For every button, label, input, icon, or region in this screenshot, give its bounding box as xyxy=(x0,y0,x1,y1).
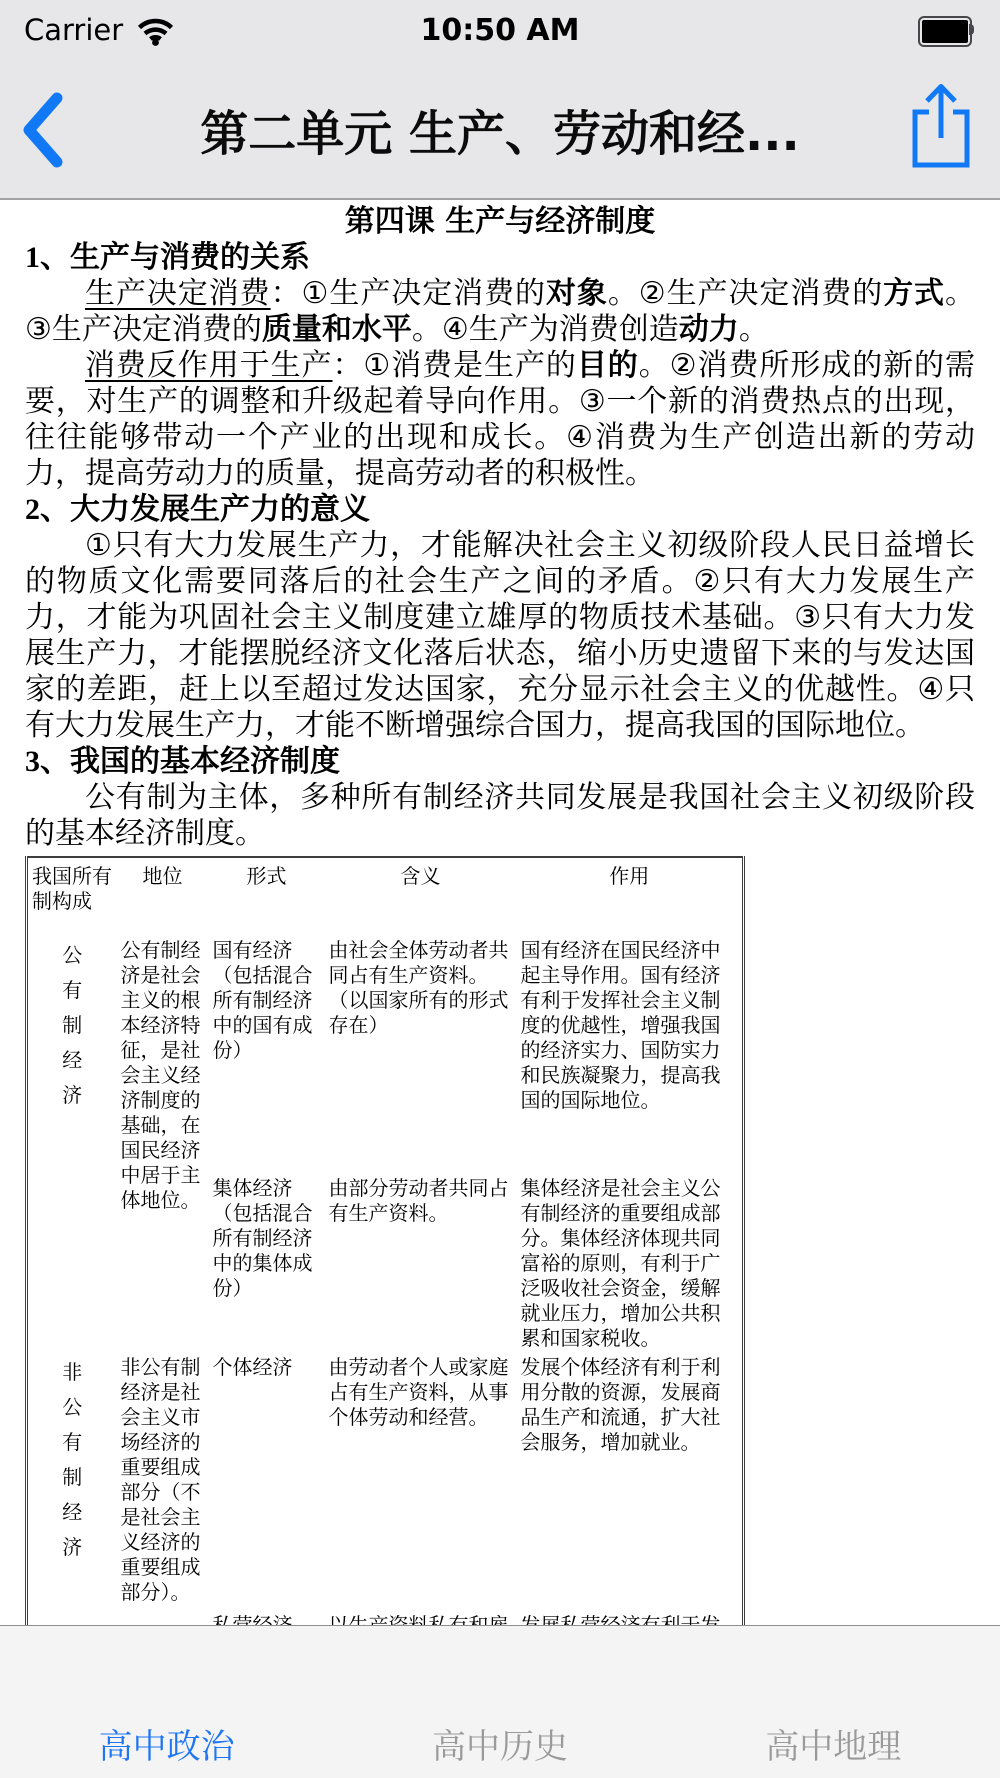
share-button[interactable] xyxy=(908,80,974,172)
back-button[interactable] xyxy=(20,92,64,168)
section-heading-1: 1、生产与消费的关系 xyxy=(25,240,975,276)
clock: 10:50 AM xyxy=(0,13,1000,48)
battery-body xyxy=(918,16,972,47)
section-heading-2: 2、大力发展生产力的意义 xyxy=(25,492,975,528)
section-heading-3: 3、我国的基本经济制度 xyxy=(25,744,975,780)
table-row: 非公有制经济 非公有制经济是社会主义市场经济的重要组成部分（不是社会主义经济的重… xyxy=(27,1353,744,1611)
table-header-row: 我国所有制构成 地位 形式 含义 作用 xyxy=(27,857,744,936)
header-cell-form: 形式 xyxy=(209,857,325,936)
header-cell-status: 地位 xyxy=(117,857,209,936)
cell-form-individual: 个体经济 xyxy=(209,1353,325,1611)
paragraph: 生产决定消费：①生产决定消费的对象。②生产决定消费的方式。③生产决定消费的质量和… xyxy=(25,276,975,348)
status-bar: Carrier 10:50 AM xyxy=(0,0,1000,60)
section-number: 1、 xyxy=(25,241,70,274)
battery-level xyxy=(922,20,968,43)
cell-role-state: 国有经济在国民经济中起主导作用。国有经济有利于发挥社会主义制度的优越性，增强我国… xyxy=(517,936,744,1174)
document-content: 第四课 生产与经济制度 1、生产与消费的关系 生产决定消费：①生产决定消费的对象… xyxy=(0,202,1000,1778)
cell-meaning-individual: 由劳动者个人或家庭占有生产资料，从事个体劳动和经营。 xyxy=(325,1353,517,1611)
section-number: 2、 xyxy=(25,493,70,526)
cell-form-state: 国有经济（包括混合所有制经济中的国有成份） xyxy=(209,936,325,1174)
cell-form-collective: 集体经济（包括混合所有制经济中的集体成份） xyxy=(209,1174,325,1353)
battery-tip xyxy=(969,24,974,35)
header-cell-meaning: 含义 xyxy=(325,857,517,936)
cell-meaning-state: 由社会全体劳动者共同占有生产资料。（以国家所有的形式存在） xyxy=(325,936,517,1174)
header-cell-role: 作用 xyxy=(517,857,744,936)
header-cell-composition: 我国所有制构成 xyxy=(27,857,117,936)
tab-history[interactable]: 高中历史 xyxy=(333,1719,666,1768)
tab-politics[interactable]: 高中政治 xyxy=(0,1719,333,1768)
document-title: 第四课 生产与经济制度 xyxy=(25,204,975,240)
app-screen: Carrier 10:50 AM 第二单元 生产、劳动和经... xyxy=(0,0,1000,1778)
page-title: 第二单元 生产、劳动和经... xyxy=(100,60,900,198)
paragraph: 消费反作用于生产：①消费是生产的目的。②消费所形成的新的需要，对生产的调整和升级… xyxy=(25,348,975,492)
cell-category-public: 公有制经济 xyxy=(27,936,117,1353)
battery-icon xyxy=(918,16,974,43)
cell-status-public: 公有制经济是社会主义的根本经济特征，是社会主义经济制度的基础，在国民经济中居于主… xyxy=(117,936,209,1353)
top-chrome: Carrier 10:50 AM 第二单元 生产、劳动和经... xyxy=(0,0,1000,200)
paragraph: ①只有大力发展生产力，才能解决社会主义初级阶段人民日益增长的物质文化需要同落后的… xyxy=(25,528,975,744)
cell-role-collective: 集体经济是社会主义公有制经济的重要组成部分。集体经济体现共同富裕的原则，有利于广… xyxy=(517,1174,744,1353)
section-heading-text: 生产与消费的关系 xyxy=(70,240,310,275)
subject-picker: 高中政治 高中历史 高中地理 xyxy=(0,1625,1000,1778)
paragraph: 公有制为主体，多种所有制经济共同发展是我国社会主义初级阶段的基本经济制度。 xyxy=(25,780,975,852)
tab-geography[interactable]: 高中地理 xyxy=(667,1719,1000,1768)
section-heading-text: 我国的基本经济制度 xyxy=(70,744,340,779)
section-number: 3、 xyxy=(25,745,70,778)
navigation-bar: 第二单元 生产、劳动和经... xyxy=(0,60,1000,198)
cell-role-individual: 发展个体经济有利于利用分散的资源，发展商品生产和流通，扩大社会服务，增加就业。 xyxy=(517,1353,744,1611)
section-heading-text: 大力发展生产力的意义 xyxy=(70,492,370,527)
cell-meaning-collective: 由部分劳动者共同占有生产资料。 xyxy=(325,1174,517,1353)
table-row: 公有制经济 公有制经济是社会主义的根本经济特征，是社会主义经济制度的基础，在国民… xyxy=(27,936,744,1174)
